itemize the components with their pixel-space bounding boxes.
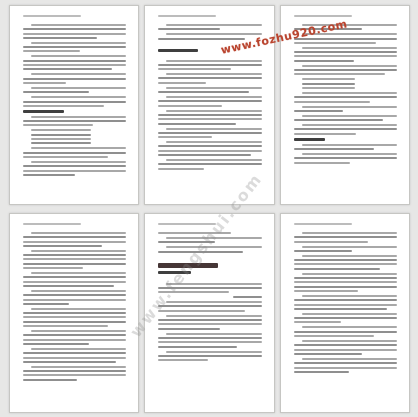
text-line <box>31 96 126 98</box>
text-line <box>158 355 261 357</box>
paragraph-lines <box>23 348 126 363</box>
text-line <box>302 65 397 67</box>
subheading-line <box>23 110 64 113</box>
text-line <box>166 87 261 89</box>
paragraph-lines <box>23 330 126 345</box>
text-line <box>23 352 126 354</box>
text-line <box>31 161 126 163</box>
text-line <box>294 28 362 30</box>
text-line <box>23 361 116 363</box>
text-line <box>31 147 126 149</box>
text-line <box>158 132 261 134</box>
text-line <box>23 379 77 381</box>
subheading-line <box>294 138 325 141</box>
text-line <box>302 24 397 26</box>
text-line <box>158 150 261 152</box>
text-line <box>294 371 350 373</box>
text-line <box>158 82 206 84</box>
text-line <box>158 105 222 107</box>
page-2-content <box>158 15 261 196</box>
paragraph-lines <box>158 96 261 107</box>
paragraph-lines <box>294 273 397 292</box>
paragraph-lines <box>158 301 261 312</box>
text-line <box>23 91 89 93</box>
text-line <box>294 268 381 270</box>
text-line <box>294 55 397 57</box>
text-line <box>294 38 397 40</box>
text-line <box>31 73 126 75</box>
text-line <box>294 110 344 112</box>
text-line <box>294 128 397 130</box>
text-line <box>302 124 397 126</box>
text-line <box>23 78 126 80</box>
page-grid <box>9 5 410 413</box>
text-line <box>23 152 126 154</box>
text-line <box>294 73 385 75</box>
text-line <box>302 87 356 89</box>
subheading-line <box>158 271 191 274</box>
text-line <box>31 129 91 131</box>
page-4-content <box>23 223 126 404</box>
paragraph-lines <box>294 232 397 243</box>
paragraph-lines <box>23 290 126 305</box>
text-line <box>31 142 91 144</box>
paragraph-lines <box>158 237 261 243</box>
text-line <box>294 335 375 337</box>
text-line <box>158 251 243 253</box>
text-line <box>294 290 358 292</box>
text-line <box>166 128 261 130</box>
paragraph-lines <box>23 232 126 247</box>
page-header-line <box>158 15 261 17</box>
text-line <box>158 38 245 40</box>
text-line <box>302 358 397 360</box>
text-line <box>158 359 208 361</box>
spacer <box>158 277 261 280</box>
subheading-line <box>294 138 397 141</box>
text-line <box>23 124 93 126</box>
text-line <box>302 115 397 117</box>
paragraph-lines <box>294 255 397 270</box>
text-line <box>294 133 356 135</box>
text-line <box>23 254 126 256</box>
paragraph-lines <box>23 87 126 93</box>
text-line <box>23 165 126 167</box>
text-line <box>294 362 397 364</box>
text-line <box>158 305 261 307</box>
subheading-line <box>23 110 126 113</box>
paragraph-lines <box>158 351 261 362</box>
text-line <box>23 68 112 70</box>
text-line <box>166 283 261 285</box>
chapter-heading-line <box>158 263 261 268</box>
text-line <box>294 162 351 164</box>
text-line <box>158 100 261 102</box>
paragraph-lines <box>23 42 126 53</box>
chapter-heading-line <box>158 263 218 268</box>
text-line <box>23 46 126 48</box>
text-line <box>294 263 397 265</box>
text-line <box>302 255 397 257</box>
text-line <box>302 33 397 35</box>
text-line <box>23 339 126 341</box>
text-line <box>23 50 80 52</box>
spacer <box>158 256 261 260</box>
paragraph-lines <box>294 295 397 310</box>
text-line <box>31 232 126 234</box>
text-line <box>31 87 126 89</box>
text-line <box>294 69 397 71</box>
page-header-line <box>23 223 126 225</box>
text-line <box>294 349 397 351</box>
text-line <box>166 246 261 248</box>
text-line <box>23 370 126 372</box>
subheading-line <box>158 271 261 274</box>
text-line <box>23 263 126 265</box>
spacer <box>158 43 261 46</box>
page-thumbnail-4[interactable] <box>9 213 139 413</box>
text-line <box>158 287 261 289</box>
text-line <box>166 315 261 317</box>
text-line <box>23 312 126 314</box>
text-line <box>23 299 126 301</box>
text-line <box>158 28 220 30</box>
text-line <box>31 348 126 350</box>
page-thumbnail-6[interactable] <box>280 213 410 413</box>
text-line <box>31 290 126 292</box>
paragraph-lines <box>294 92 397 103</box>
text-line <box>302 232 397 234</box>
page-header-line <box>158 15 216 17</box>
text-line <box>302 273 397 275</box>
text-line <box>294 304 397 306</box>
text-line <box>166 33 261 35</box>
text-line <box>294 96 397 98</box>
text-line <box>158 341 261 343</box>
page-thumbnail-1[interactable] <box>9 5 139 205</box>
subheading-line <box>158 49 261 52</box>
text-line <box>294 344 397 346</box>
text-line <box>302 144 397 146</box>
page-3-content <box>294 15 397 196</box>
paragraph-lines <box>294 358 397 373</box>
page-header-line <box>23 223 81 225</box>
paragraph-lines <box>23 55 126 70</box>
text-line <box>158 77 261 79</box>
paragraph-lines <box>158 315 261 330</box>
text-line <box>23 245 102 247</box>
text-line <box>294 241 368 243</box>
attribution-line <box>233 296 262 298</box>
text-line <box>23 303 69 305</box>
text-line <box>23 374 126 376</box>
text-line <box>294 51 397 53</box>
text-line <box>23 37 97 39</box>
paragraph-lines <box>294 326 397 337</box>
paragraph-lines <box>23 250 126 269</box>
spacer <box>158 55 261 57</box>
paragraph-lines <box>158 159 261 170</box>
text-line <box>158 118 261 120</box>
text-line <box>158 168 203 170</box>
text-line <box>158 319 261 321</box>
paragraph-lines <box>158 232 261 234</box>
text-line <box>294 286 397 288</box>
text-line <box>166 141 261 143</box>
text-line <box>23 60 126 62</box>
text-line <box>158 64 261 66</box>
page-header-line <box>23 15 81 17</box>
text-line <box>158 310 245 312</box>
paragraph-lines <box>294 106 397 112</box>
text-line <box>23 101 126 103</box>
text-line <box>158 163 261 165</box>
paragraph-lines <box>294 144 397 150</box>
text-line <box>23 28 126 30</box>
text-line <box>294 259 397 261</box>
text-line <box>158 145 261 147</box>
text-line <box>23 156 108 158</box>
text-line <box>294 101 370 103</box>
paragraph-lines <box>158 283 261 294</box>
text-line <box>23 357 126 359</box>
text-line <box>166 301 261 303</box>
text-line <box>23 258 126 260</box>
paragraph-lines <box>23 161 126 176</box>
paragraph-lines <box>158 128 261 139</box>
text-line <box>31 42 126 44</box>
paragraph-lines <box>23 73 126 84</box>
paragraph-lines <box>294 124 397 135</box>
text-line <box>31 116 126 118</box>
text-line <box>23 316 126 318</box>
paragraph-lines <box>158 333 261 348</box>
paragraph-lines <box>23 24 126 39</box>
text-line <box>294 236 397 238</box>
list-lines <box>294 78 397 89</box>
text-line <box>31 366 126 368</box>
text-line <box>23 105 104 107</box>
text-line <box>166 73 261 75</box>
paragraph-lines <box>23 116 126 127</box>
page-thumbnail-3[interactable] <box>280 5 410 205</box>
paragraph-lines <box>158 73 261 84</box>
text-line <box>294 60 354 62</box>
text-line <box>23 285 114 287</box>
text-line <box>166 24 261 26</box>
text-line <box>294 367 397 369</box>
text-line <box>31 138 91 140</box>
paragraph-lines <box>23 366 126 381</box>
text-line <box>294 353 362 355</box>
page-header-line <box>294 15 397 17</box>
text-line <box>302 295 397 297</box>
text-line <box>166 333 261 335</box>
text-line <box>302 153 397 155</box>
text-line <box>294 42 377 44</box>
text-line <box>31 134 91 136</box>
text-line <box>302 106 397 108</box>
page-header-line <box>23 15 126 17</box>
text-line <box>158 136 212 138</box>
paragraph-lines <box>294 153 397 164</box>
text-line <box>302 340 397 342</box>
subheading-line <box>158 49 197 52</box>
text-line <box>166 110 261 112</box>
text-line <box>158 232 230 234</box>
text-line <box>23 343 89 345</box>
paragraph-lines <box>158 60 261 71</box>
paragraph-lines <box>294 47 397 62</box>
text-line <box>158 291 228 293</box>
text-line <box>158 154 251 156</box>
text-line <box>294 308 387 310</box>
text-line <box>294 331 397 333</box>
text-line <box>23 294 126 296</box>
page-header-line <box>158 223 261 225</box>
text-line <box>23 120 126 122</box>
text-line <box>23 33 126 35</box>
text-line <box>158 346 237 348</box>
text-line <box>23 281 126 283</box>
text-line <box>31 55 126 57</box>
paragraph-lines <box>158 141 261 156</box>
text-line <box>158 123 235 125</box>
paragraph-lines <box>23 96 126 107</box>
text-line <box>294 119 383 121</box>
text-line <box>23 170 126 172</box>
paragraph-lines <box>158 33 261 39</box>
paragraph-lines <box>23 308 126 327</box>
text-line <box>166 159 261 161</box>
paragraph-lines <box>294 313 397 324</box>
text-line <box>302 313 397 315</box>
text-line <box>294 277 397 279</box>
text-line <box>23 325 108 327</box>
text-line <box>294 250 352 252</box>
paragraph-lines <box>158 246 261 252</box>
text-line <box>31 24 126 26</box>
paragraph-lines <box>294 340 397 355</box>
page-6-content <box>294 223 397 404</box>
text-line <box>302 78 356 80</box>
document-preview: www.fengshui.com www.fozhu920.com <box>0 0 418 417</box>
page-5-content <box>158 223 261 404</box>
paragraph-lines <box>294 33 397 44</box>
text-line <box>158 328 220 330</box>
text-line <box>158 91 249 93</box>
text-line <box>158 68 230 70</box>
text-line <box>31 250 126 252</box>
text-line <box>23 64 126 66</box>
text-line <box>294 299 397 301</box>
text-line <box>23 236 126 238</box>
page-header-line <box>294 223 397 225</box>
text-line <box>31 330 126 332</box>
text-line <box>31 272 126 274</box>
list-lines <box>23 129 126 144</box>
text-line <box>23 334 126 336</box>
page-thumbnail-2[interactable] <box>144 5 274 205</box>
text-line <box>23 267 83 269</box>
text-line <box>294 157 397 159</box>
text-line <box>23 276 126 278</box>
text-line <box>302 47 397 49</box>
paragraph-lines <box>294 24 397 30</box>
paragraph-lines <box>294 246 397 252</box>
text-line <box>23 321 126 323</box>
text-line <box>23 82 66 84</box>
text-line <box>158 337 261 339</box>
text-line <box>294 321 342 323</box>
text-line <box>23 174 75 176</box>
text-line <box>294 281 397 283</box>
paragraph-lines <box>23 272 126 287</box>
page-header-line <box>158 223 216 225</box>
text-line <box>302 92 397 94</box>
page-header-line <box>294 15 352 17</box>
paragraph-lines <box>294 65 397 76</box>
paragraph-lines <box>294 115 397 121</box>
paragraph-lines <box>158 110 261 125</box>
text-line <box>166 96 261 98</box>
page-header-line <box>294 223 352 225</box>
text-line <box>294 317 397 319</box>
text-line <box>166 60 261 62</box>
paragraph-lines <box>23 147 126 158</box>
text-line <box>158 114 261 116</box>
paragraph-lines <box>158 24 261 30</box>
attribution-line <box>158 296 261 298</box>
text-line <box>158 323 261 325</box>
text-line <box>302 246 397 248</box>
text-line <box>158 241 215 243</box>
text-line <box>166 351 261 353</box>
text-line <box>23 241 126 243</box>
text-line <box>31 308 126 310</box>
paragraph-lines <box>158 87 261 93</box>
text-line <box>302 83 356 85</box>
page-thumbnail-5[interactable] <box>144 213 274 413</box>
text-line <box>294 148 375 150</box>
text-line <box>302 326 397 328</box>
text-line <box>166 237 261 239</box>
page-1-content <box>23 15 126 196</box>
